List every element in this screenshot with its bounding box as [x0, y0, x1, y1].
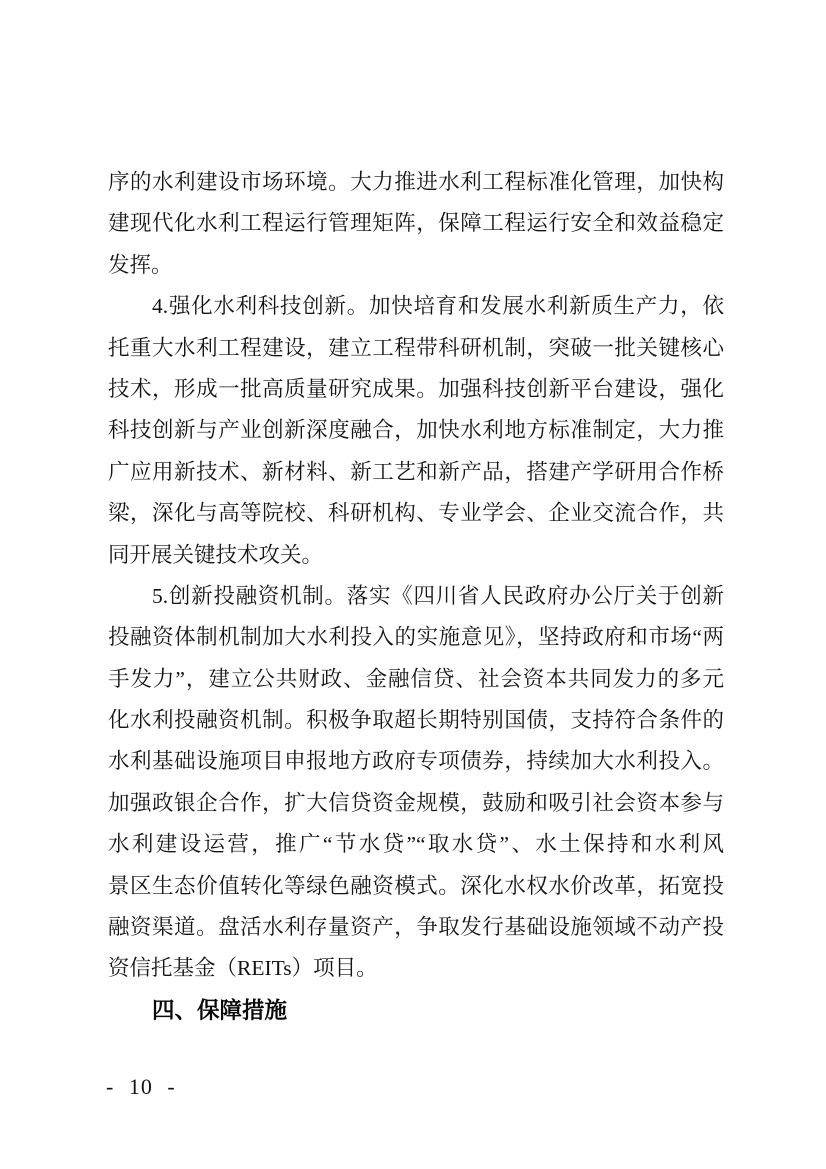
document-text-block: 序的水利建设市场环境。大力推进水利工程标准化管理，加快构建现代化水利工程运行管理…	[108, 162, 724, 1031]
text-line: 4.强化水利科技创新。加快培育和发展水利新质生产力，依	[108, 286, 724, 327]
text-line: 水利建设运营，推广“节水贷”“取水贷”、水土保持和水利风	[108, 824, 724, 865]
page-number: - 10 -	[106, 1072, 176, 1102]
text-line: 5.创新投融资机制。落实《四川省人民政府办公厅关于创新	[108, 576, 724, 617]
text-line: 水利基础设施项目申报地方政府专项债券，持续加大水利投入。	[108, 741, 724, 782]
section-heading: 四、保障措施	[108, 990, 724, 1031]
text-line: 加强政银企合作，扩大信贷资金规模，鼓励和吸引社会资本参与	[108, 783, 724, 824]
text-line: 托重大水利工程建设，建立工程带科研机制，突破一批关键核心	[108, 328, 724, 369]
text-line: 发挥。	[108, 245, 724, 286]
text-line: 广应用新技术、新材料、新工艺和新产品，搭建产学研用合作桥	[108, 452, 724, 493]
text-line: 技术，形成一批高质量研究成果。加强科技创新平台建设，强化	[108, 369, 724, 410]
text-line: 投融资体制机制加大水利投入的实施意见》，坚持政府和市场“两	[108, 617, 724, 658]
text-line: 序的水利建设市场环境。大力推进水利工程标准化管理，加快构	[108, 162, 724, 203]
text-line: 资信托基金（REITs）项目。	[108, 948, 724, 989]
document-page: 序的水利建设市场环境。大力推进水利工程标准化管理，加快构建现代化水利工程运行管理…	[0, 0, 826, 1169]
text-line: 同开展关键技术攻关。	[108, 535, 724, 576]
text-line: 融资渠道。盘活水利存量资产，争取发行基础设施领域不动产投	[108, 907, 724, 948]
text-line: 科技创新与产业创新深度融合，加快水利地方标准制定，大力推	[108, 410, 724, 451]
text-line: 化水利投融资机制。积极争取超长期特别国债，支持符合条件的	[108, 700, 724, 741]
text-line: 建现代化水利工程运行管理矩阵，保障工程运行安全和效益稳定	[108, 203, 724, 244]
text-line: 梁，深化与高等院校、科研机构、专业学会、企业交流合作，共	[108, 493, 724, 534]
text-line: 手发力”，建立公共财政、金融信贷、社会资本共同发力的多元	[108, 659, 724, 700]
text-line: 景区生态价值转化等绿色融资模式。深化水权水价改革，拓宽投	[108, 866, 724, 907]
